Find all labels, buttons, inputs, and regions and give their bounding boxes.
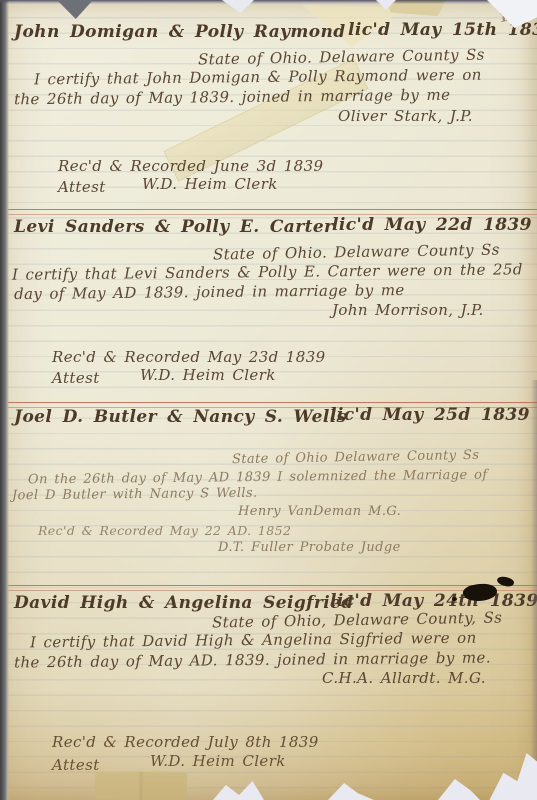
entry-heading-names: David High & Angelina Seigfried <box>14 593 354 613</box>
judge-signature: D.T. Fuller Probate Judge <box>218 540 401 555</box>
entry-heading-license: lic'd May 24th 1839 — <box>330 591 537 611</box>
officiant-signature: Oliver Stark, J.P. <box>338 107 473 125</box>
scanned-ledger-image: 175 John Domigan & Polly Raymond lic'd M… <box>0 0 537 800</box>
entry-heading-license: lic'd May 15th 1839 — <box>348 20 537 40</box>
entry-heading-license: lic'd May 22d 1839 — <box>332 215 537 235</box>
attest-label: Attest <box>58 178 106 196</box>
attest-label: Attest <box>52 369 100 387</box>
entry-certify-line-2: Joel D Butler with Nancy S Wells. <box>12 486 258 504</box>
officiant-signature: John Morrison, J.P. <box>332 301 484 319</box>
clerk-signature: W.D. Heim Clerk <box>150 752 286 770</box>
recorded-line: Rec'd & Recorded July 8th 1839 <box>52 733 319 751</box>
entry-heading-names: Joel D. Butler & Nancy S. Wells <box>14 407 347 427</box>
recorded-line: Rec'd & Recorded May 23d 1839 <box>52 348 326 366</box>
officiant-signature: Henry VanDeman M.G. <box>238 504 401 519</box>
recorded-line: Rec'd & Recorded June 3d 1839 <box>58 157 323 175</box>
entry-heading-license: lic'd May 25d 1839 — <box>330 405 537 425</box>
officiant-signature: C.H.A. Allardt. M.G. <box>322 669 486 687</box>
entry-heading-names: Levi Sanders & Polly E. Carter <box>14 217 333 237</box>
recorded-line: Rec'd & Recorded May 22 AD. 1852 <box>38 523 291 538</box>
attest-label: Attest <box>52 756 100 774</box>
entry-heading-names: John Domigan & Polly Raymond <box>14 22 346 42</box>
clerk-signature: W.D. Heim Clerk <box>142 175 278 193</box>
ink-blot <box>452 597 457 601</box>
clerk-signature: W.D. Heim Clerk <box>140 366 276 384</box>
